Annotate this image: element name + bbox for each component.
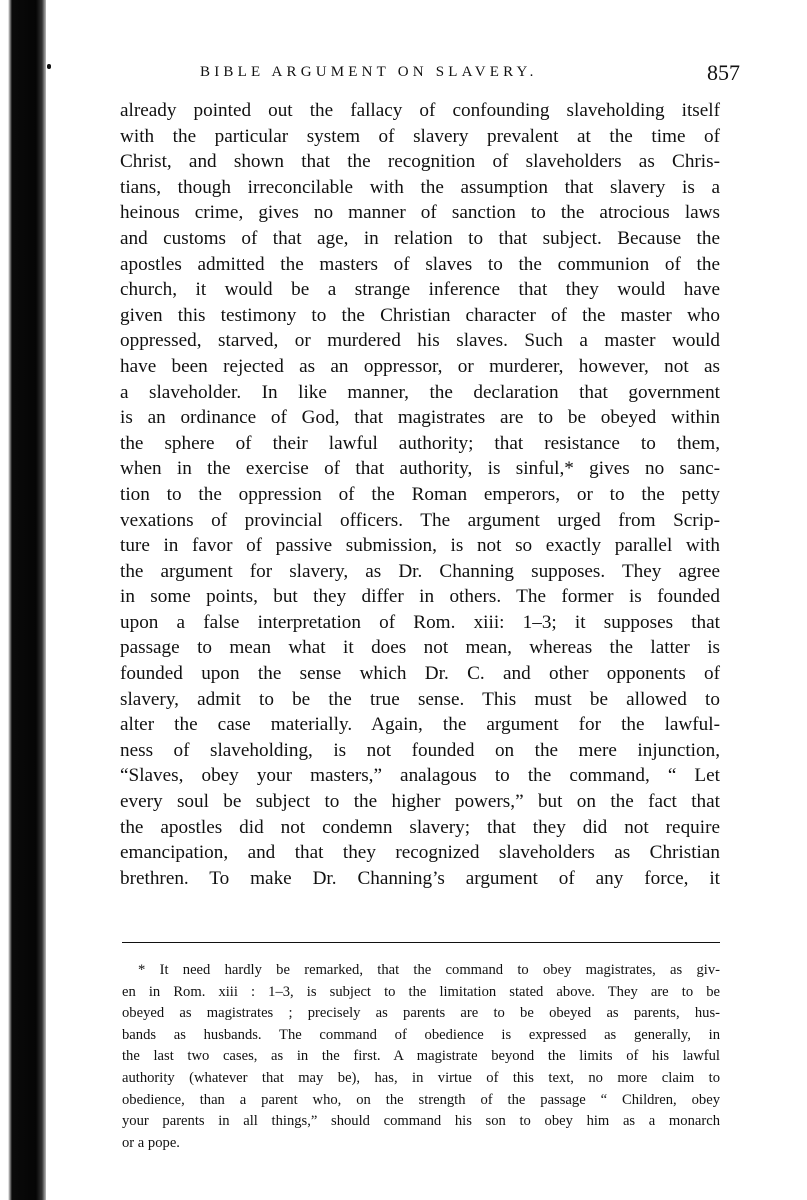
- body-line: the sphere of their lawful authority; th…: [120, 431, 720, 457]
- body-line: ness of slaveholding, is not founded on …: [120, 738, 720, 764]
- body-line: slavery, admit to be the true sense. Thi…: [120, 687, 720, 713]
- body-line: alter the case materially. Again, the ar…: [120, 712, 720, 738]
- footnote-line: bands as husbands. The command of obedie…: [122, 1025, 720, 1047]
- body-line: a slaveholder. In like manner, the decla…: [120, 380, 720, 406]
- body-line: vexations of provincial officers. The ar…: [120, 508, 720, 534]
- footnote-line: en in Rom. xiii : 1–3, is subject to the…: [122, 982, 720, 1004]
- body-line: upon a false interpretation of Rom. xiii…: [120, 610, 720, 636]
- body-line: apostles admitted the masters of slaves …: [120, 252, 720, 278]
- body-line: already pointed out the fallacy of confo…: [120, 98, 720, 124]
- footnote-line: authority (whatever that may be), has, i…: [122, 1068, 720, 1090]
- book-binding-edge: [0, 0, 46, 1200]
- running-title: BIBLE ARGUMENT ON SLAVERY.: [200, 64, 538, 81]
- footnote-line: obedience, than a parent who, on the str…: [122, 1090, 720, 1112]
- body-text: already pointed out the fallacy of confo…: [120, 98, 720, 891]
- body-line: every soul be subject to the higher powe…: [120, 789, 720, 815]
- page-number: 857: [707, 60, 740, 86]
- body-line: brethren. To make Dr. Channing’s argumen…: [120, 866, 720, 892]
- body-line: when in the exercise of that authority, …: [120, 456, 720, 482]
- footnote-divider: [122, 942, 720, 943]
- footnote: * It need hardly be remarked, that the c…: [122, 960, 720, 1154]
- body-line: founded upon the sense which Dr. C. and …: [120, 661, 720, 687]
- body-line: with the particular system of slavery pr…: [120, 124, 720, 150]
- footnote-line: obeyed as magistrates ; precisely as par…: [122, 1003, 720, 1025]
- body-line: tion to the oppression of the Roman empe…: [120, 482, 720, 508]
- body-line: have been rejected as an oppressor, or m…: [120, 354, 720, 380]
- body-line: the argument for slavery, as Dr. Channin…: [120, 559, 720, 585]
- body-line: oppressed, starved, or murdered his slav…: [120, 328, 720, 354]
- body-line: tians, though irreconcilable with the as…: [120, 175, 720, 201]
- body-line: is an ordinance of God, that magistrates…: [120, 405, 720, 431]
- body-line: and customs of that age, in relation to …: [120, 226, 720, 252]
- body-line: “Slaves, obey your masters,” analagous t…: [120, 763, 720, 789]
- page-header: BIBLE ARGUMENT ON SLAVERY. 857: [200, 60, 740, 90]
- body-line: church, it would be a strange inference …: [120, 277, 720, 303]
- body-line: passage to mean what it does not mean, w…: [120, 635, 720, 661]
- body-line: emancipation, and that they recognized s…: [120, 840, 720, 866]
- body-line: given this testimony to the Christian ch…: [120, 303, 720, 329]
- ink-speck: [47, 64, 51, 69]
- footnote-line: your parents in all things,” should comm…: [122, 1111, 720, 1133]
- body-line: heinous crime, gives no manner of sancti…: [120, 200, 720, 226]
- footnote-line: or a pope.: [122, 1133, 720, 1155]
- body-line: the apostles did not condemn slavery; th…: [120, 815, 720, 841]
- body-line: ture in favor of passive submission, is …: [120, 533, 720, 559]
- footnote-line: * It need hardly be remarked, that the c…: [122, 960, 720, 982]
- body-line: Christ, and shown that the recognition o…: [120, 149, 720, 175]
- body-line: in some points, but they differ in other…: [120, 584, 720, 610]
- footnote-line: the last two cases, as in the first. A m…: [122, 1046, 720, 1068]
